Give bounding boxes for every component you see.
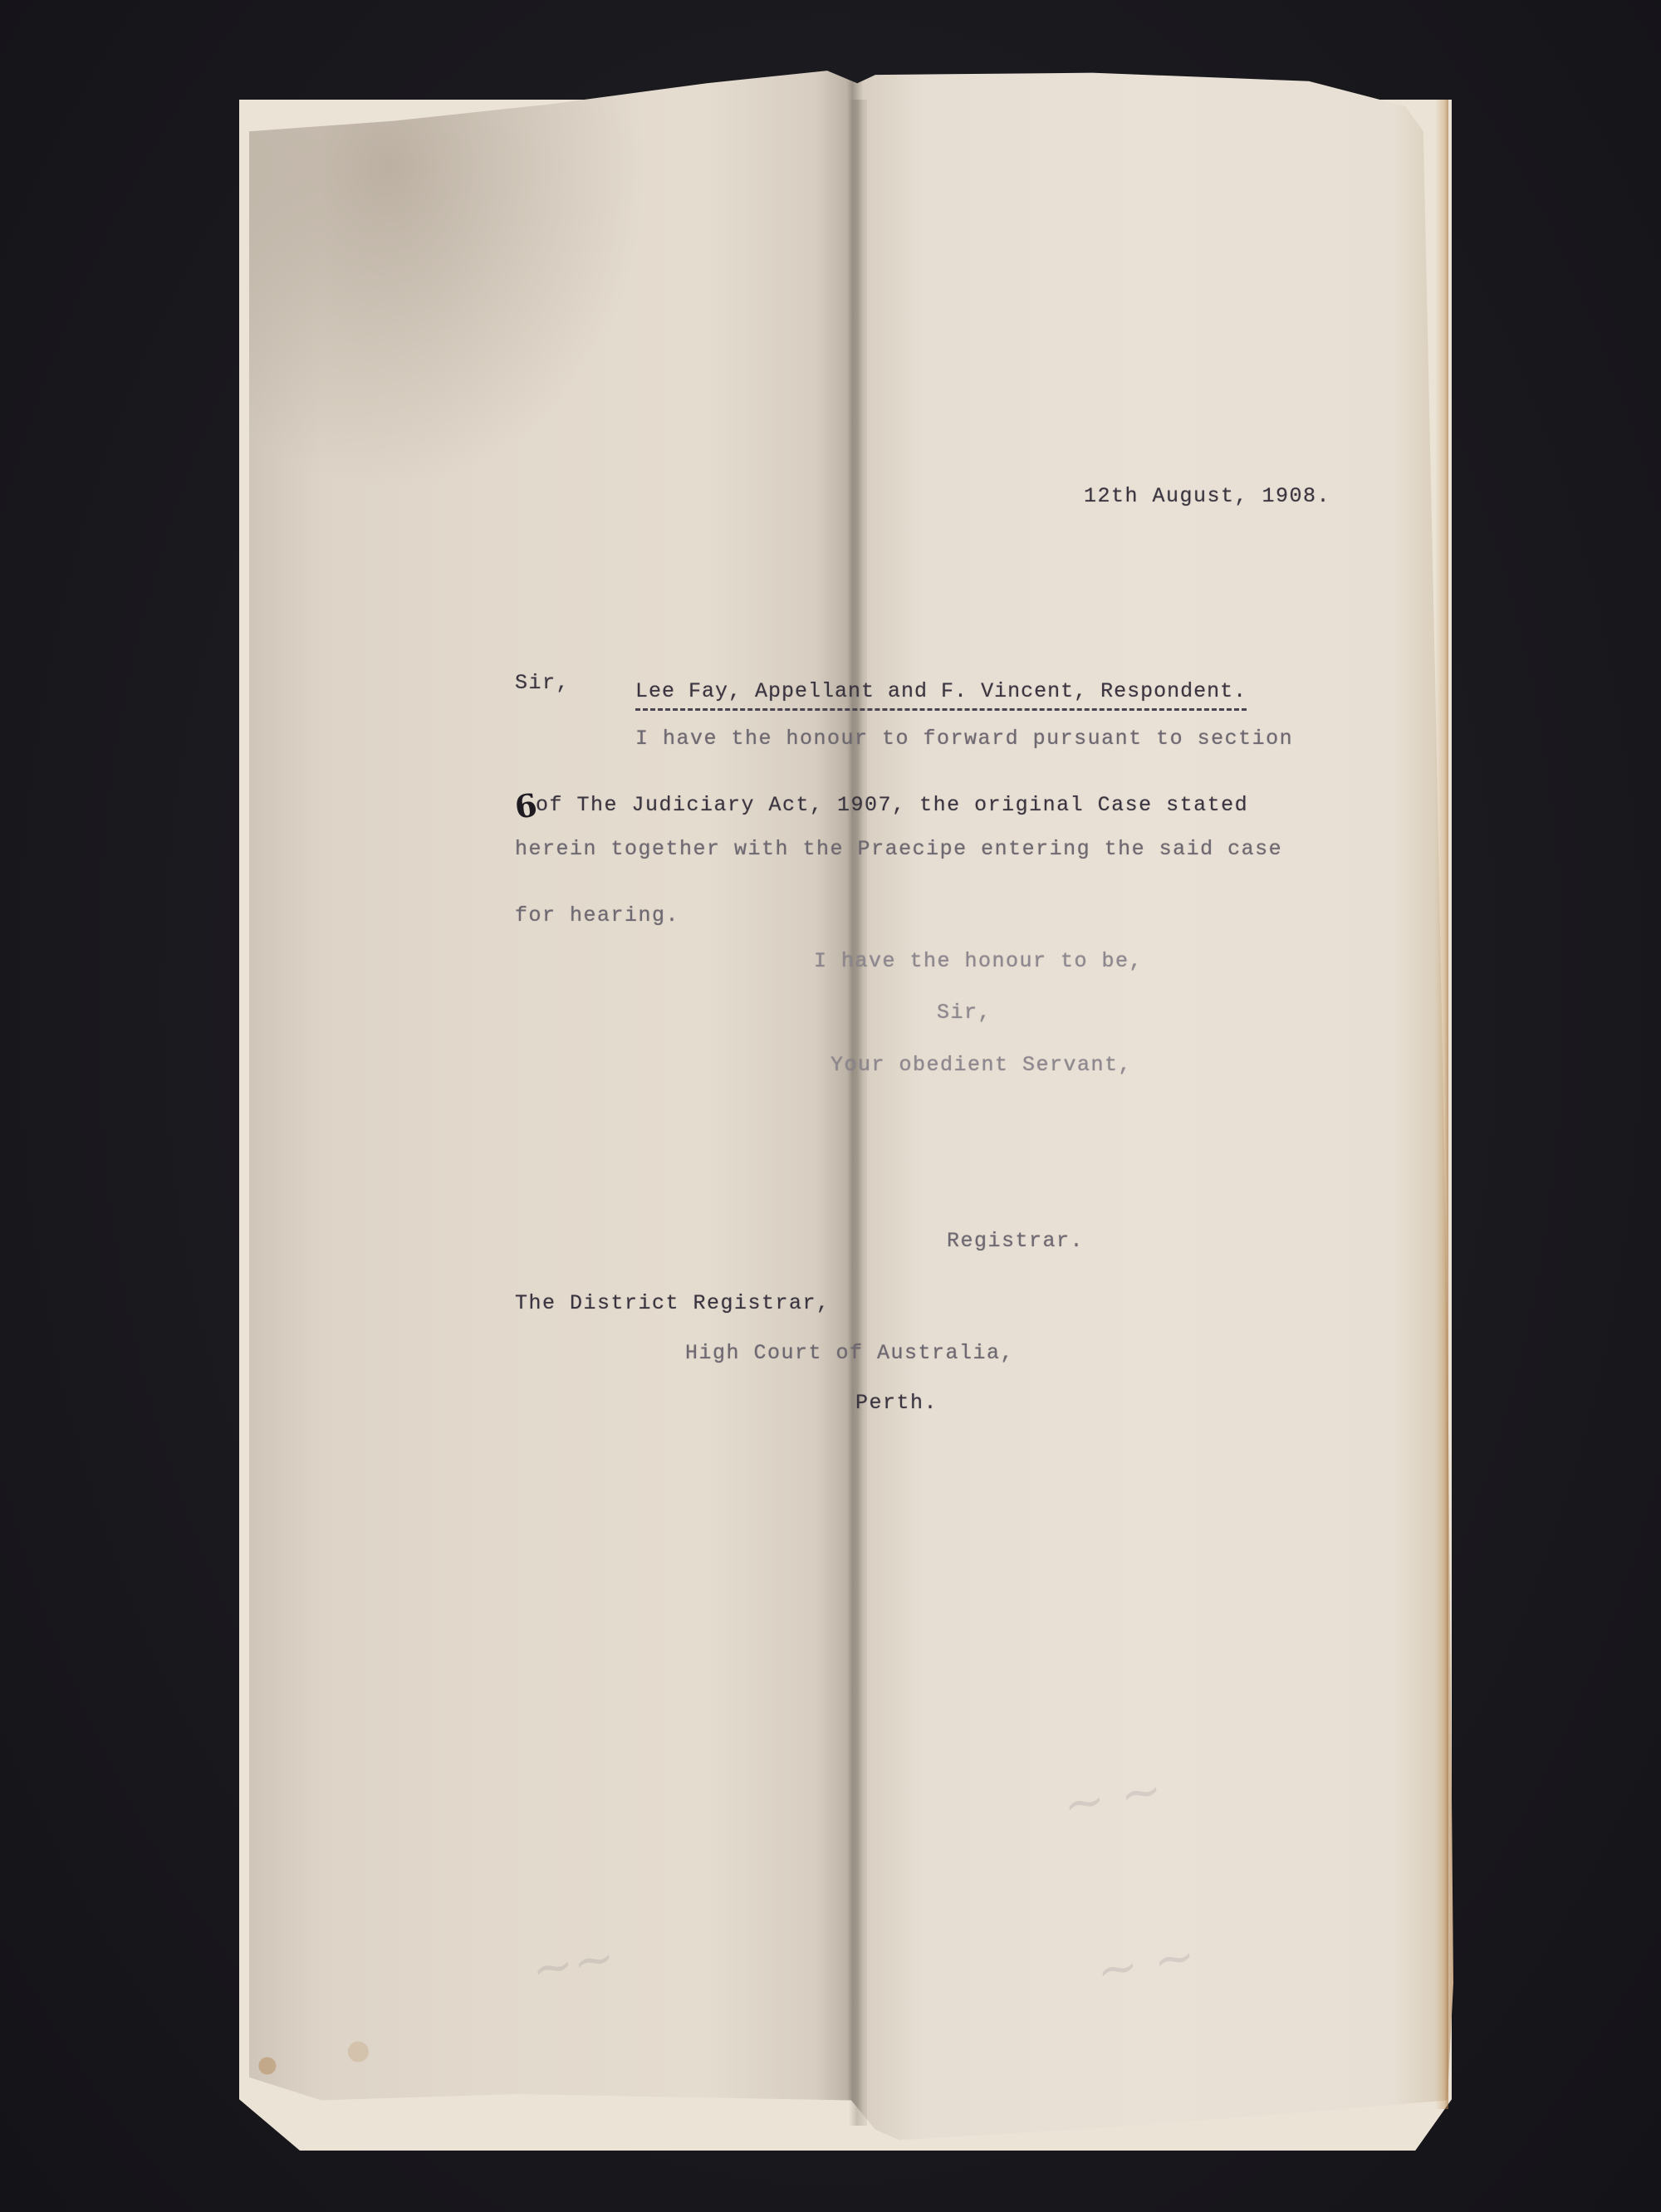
center-fold-crease bbox=[849, 100, 867, 2126]
body-line-2: of The Judiciary Act, 1907, the original… bbox=[536, 793, 1248, 817]
body-line-4: for hearing. bbox=[515, 903, 679, 927]
closing-line-2: Sir, bbox=[937, 1001, 992, 1025]
addressee-line-3: Perth. bbox=[855, 1391, 938, 1415]
closing-line-3: Your obedient Servant, bbox=[830, 1053, 1132, 1077]
closing-line-1: I have the honour to be, bbox=[814, 949, 1143, 973]
case-subject-line: Lee Fay, Appellant and F. Vincent, Respo… bbox=[635, 679, 1247, 711]
letter-date: 12th August, 1908. bbox=[1084, 484, 1330, 508]
addressee-line-2: High Court of Australia, bbox=[685, 1341, 1014, 1365]
salutation: Sir, bbox=[515, 671, 570, 695]
signature-title: Registrar. bbox=[947, 1229, 1084, 1253]
addressee-line-1: The District Registrar, bbox=[515, 1291, 830, 1315]
paper-right-edge-stain bbox=[1435, 100, 1448, 2109]
body-line-3: herein together with the Praecipe enteri… bbox=[515, 837, 1282, 861]
body-line-1: I have the honour to forward pursuant to… bbox=[635, 727, 1293, 751]
